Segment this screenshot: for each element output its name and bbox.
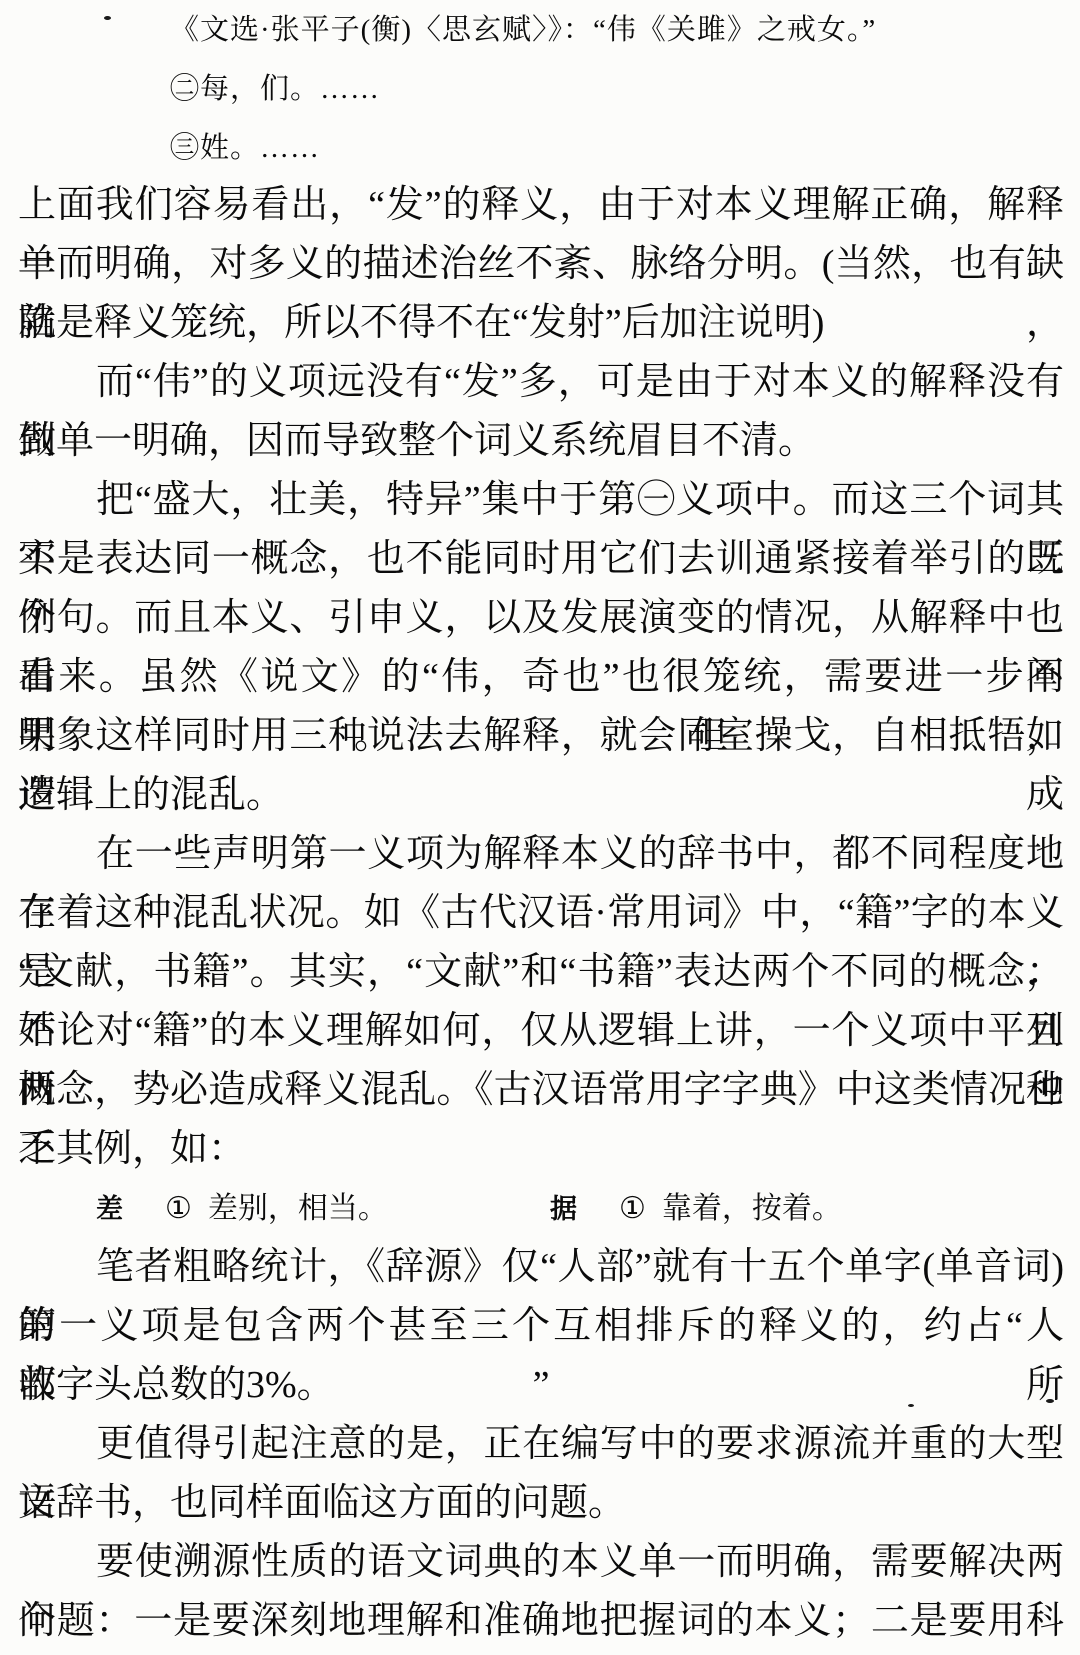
- example-entry: 差 ① 差别，相当。: [96, 1179, 550, 1239]
- dictionary-example-row: 差 ① 差别，相当。 据 ① 靠着，按着。: [18, 1179, 1064, 1238]
- body-line: 不是表达同一概念，也不能同时用它们去训通紧接着举引的三个: [18, 530, 1064, 589]
- gloss: 差别，相当。: [208, 1179, 388, 1238]
- body-line: 乏其例，如：: [18, 1120, 1064, 1179]
- headword: 差: [96, 1180, 123, 1239]
- quote-block: 《文选·张平子(衡)〈思玄赋〉》：“伟《关雎》之戒女。” ㊁每，们。…… ㊂姓。…: [170, 4, 1050, 181]
- example-entry: 据 ① 靠着，按着。: [550, 1179, 842, 1239]
- scanned-page: 《文选·张平子(衡)〈思玄赋〉》：“伟《关雎》之戒女。” ㊁每，们。…… ㊂姓。…: [0, 0, 1080, 1655]
- body-line: 例句。而且本义、引申义，以及发展演变的情况，从解释中也看不: [18, 589, 1064, 648]
- gloss: 靠着，按着。: [662, 1179, 842, 1238]
- body-line: 不论对“籍”的本义理解如何，仅从逻辑上讲，一个义项中平列两种: [18, 1002, 1064, 1061]
- body-line: 出来。虽然《说文》的“伟，奇也”也很笼统，需要进一步阐明。但如: [18, 648, 1064, 707]
- sense-marker: ①: [165, 1179, 192, 1238]
- body-line: 更值得引起注意的是，正在编写中的要求源流并重的大型语: [18, 1415, 1064, 1474]
- quote-line: 《文选·张平子(衡)〈思玄赋〉》：“伟《关雎》之戒女。”: [170, 4, 1050, 63]
- body-line: 在一些声明第一义项为解释本义的辞书中，都不同程度地存: [18, 825, 1064, 884]
- body-line: 要使溯源性质的语文词典的本义单一而明确，需要解决两个: [18, 1533, 1064, 1592]
- headword: 据: [550, 1180, 577, 1239]
- body-line: 把“盛大，壮美，特异”集中于第㊀义项中。而这三个词其实既: [18, 471, 1064, 530]
- body-line: 在着这种混乱状况。如《古代汉语·常用词》中，“籍”字的本义是：: [18, 884, 1064, 943]
- quote-line: ㊂姓。……: [170, 122, 1050, 181]
- body-text: 上面我们容易看出，“发”的释义，由于对本义理解正确，解释单 一而明确，对多义的描…: [18, 176, 1064, 1651]
- body-line: 上面我们容易看出，“发”的释义，由于对本义理解正确，解释单: [18, 176, 1064, 235]
- sense-marker: ①: [619, 1179, 646, 1238]
- body-line: “文献，书籍”。其实，“文献”和“书籍”表达两个不同的概念，姑且: [18, 943, 1064, 1002]
- body-line: 一而明确，对多义的描述治丝不紊、脉络分明。(当然，也有缺陷，: [18, 235, 1064, 294]
- body-line: 概念，势必造成释义混乱。《古汉语常用字字典》中这类情况也不: [18, 1061, 1064, 1120]
- scan-speck: [104, 16, 111, 20]
- body-line: 第一义项是包含两个甚至三个互相排斥的释义的，约占“人部”所: [18, 1297, 1064, 1356]
- body-line: 文辞书，也同样面临这方面的问题。: [18, 1474, 1064, 1533]
- body-line: 果象这样同时用三种说法去解释，就会同室操戈，自相抵牾，造成: [18, 707, 1064, 766]
- body-line: 而“伟”的义项远没有“发”多，可是由于对本义的解释没有做: [18, 353, 1064, 412]
- body-line: 笔者粗略统计，《辞源》仅“人部”就有十五个单字(单音词)的: [18, 1238, 1064, 1297]
- quote-line: ㊁每，们。……: [170, 63, 1050, 122]
- body-line: 到单一明确，因而导致整个词义系统眉目不清。: [18, 412, 1064, 471]
- body-line: 问题：一是要深刻地理解和准确地把握词的本义；二是要用科学的: [18, 1592, 1064, 1651]
